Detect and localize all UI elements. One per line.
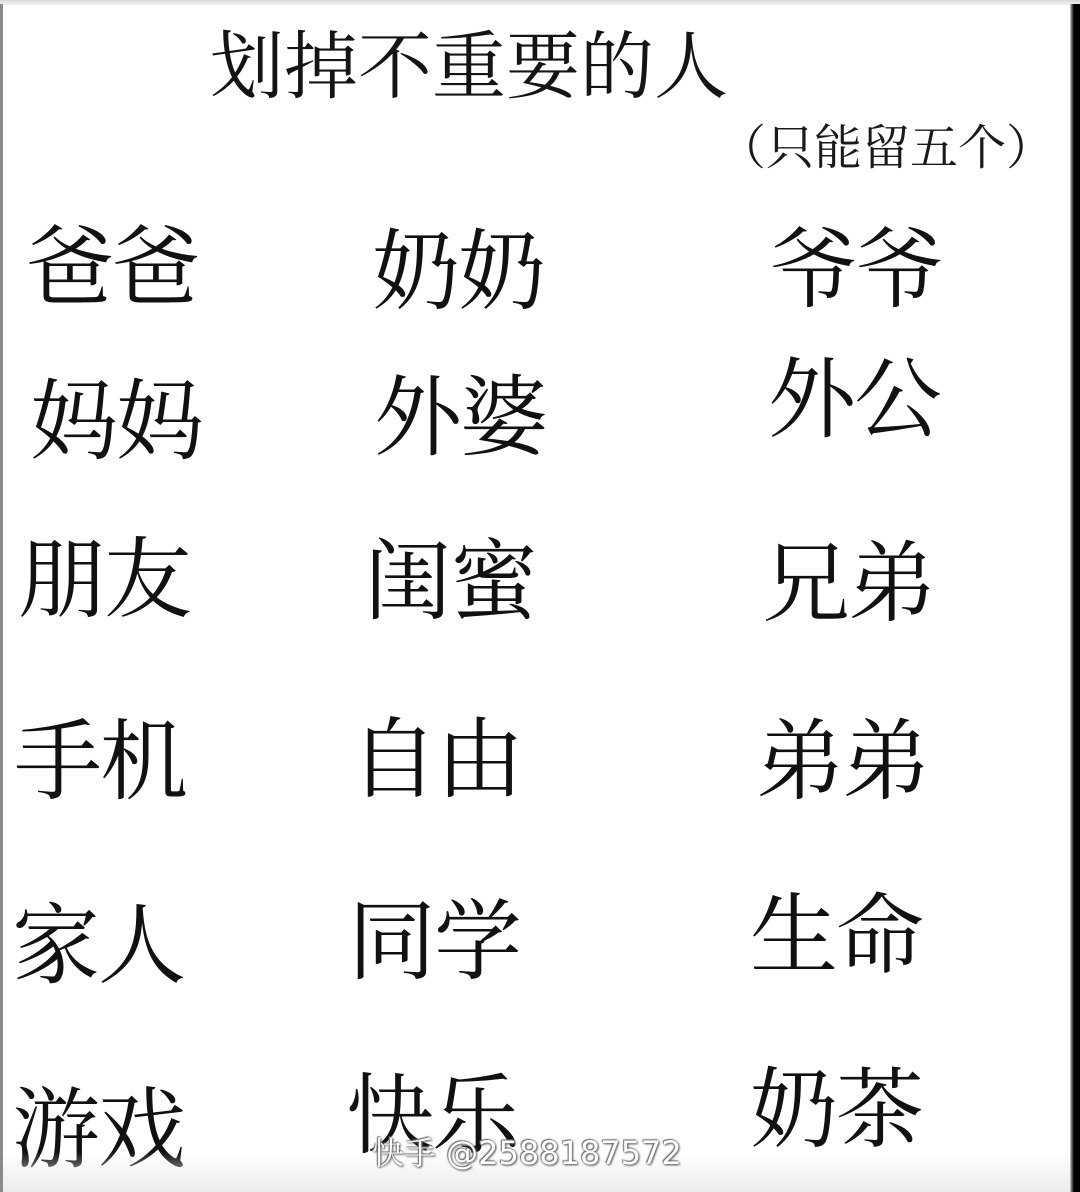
watermark: 快手 @2588187572 bbox=[372, 1133, 682, 1173]
option-item[interactable]: 朋友 bbox=[18, 530, 190, 630]
option-item[interactable]: 游戏 bbox=[12, 1080, 184, 1180]
option-item[interactable]: 奶奶 bbox=[372, 222, 544, 322]
option-item[interactable]: 爸爸 bbox=[26, 218, 198, 318]
option-item[interactable]: 兄弟 bbox=[762, 534, 934, 634]
option-item[interactable]: 奶茶 bbox=[750, 1060, 922, 1160]
option-item[interactable]: 妈妈 bbox=[30, 372, 202, 472]
option-item[interactable]: 外婆 bbox=[374, 368, 546, 468]
option-item[interactable]: 生命 bbox=[750, 886, 922, 986]
top-edge-strip bbox=[0, 0, 1080, 5]
option-item[interactable]: 弟弟 bbox=[756, 712, 928, 812]
right-border bbox=[1070, 4, 1080, 1192]
option-item[interactable]: 闺蜜 bbox=[364, 532, 536, 632]
option-item[interactable]: 同学 bbox=[348, 892, 520, 992]
option-item[interactable]: 自由 bbox=[350, 710, 522, 810]
option-item[interactable]: 外公 bbox=[768, 350, 940, 450]
option-item[interactable]: 手机 bbox=[14, 712, 186, 812]
page-subtitle: （只能留五个） bbox=[718, 116, 1054, 180]
left-border bbox=[0, 4, 3, 1192]
option-item[interactable]: 家人 bbox=[12, 896, 184, 996]
option-item[interactable]: 爷爷 bbox=[770, 220, 942, 320]
page-title: 划掉不重要的人 bbox=[210, 22, 728, 112]
